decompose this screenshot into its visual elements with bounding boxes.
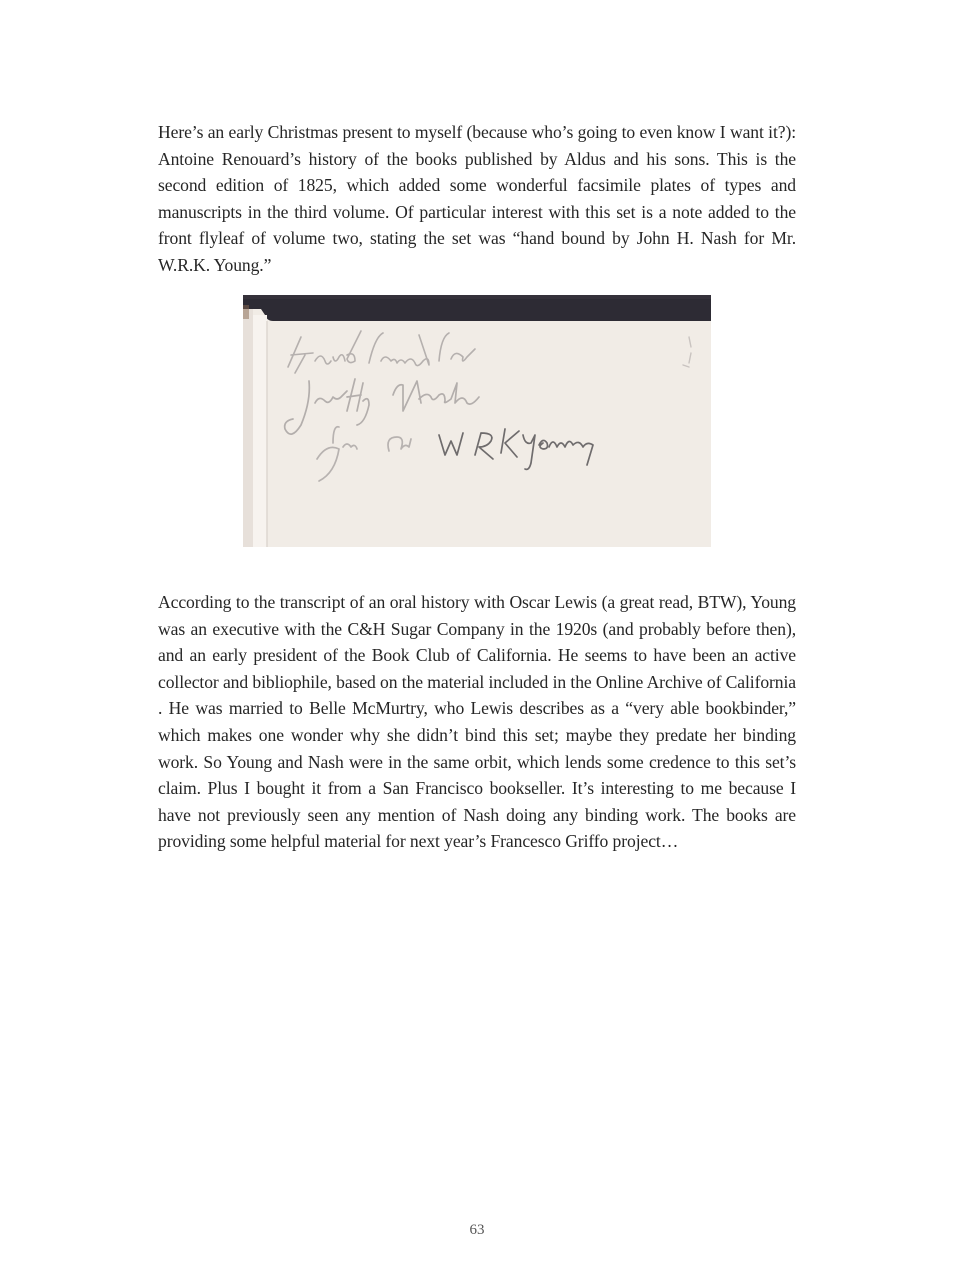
document-page: Here’s an early Christmas present to mys… [0, 0, 954, 1276]
inscription-photo [243, 295, 711, 547]
paragraph-background: According to the transcript of an oral h… [158, 589, 796, 855]
page-number: 63 [0, 1222, 954, 1239]
handwritten-inscription-image [243, 295, 711, 547]
paragraph-intro: Here’s an early Christmas present to mys… [158, 119, 796, 279]
